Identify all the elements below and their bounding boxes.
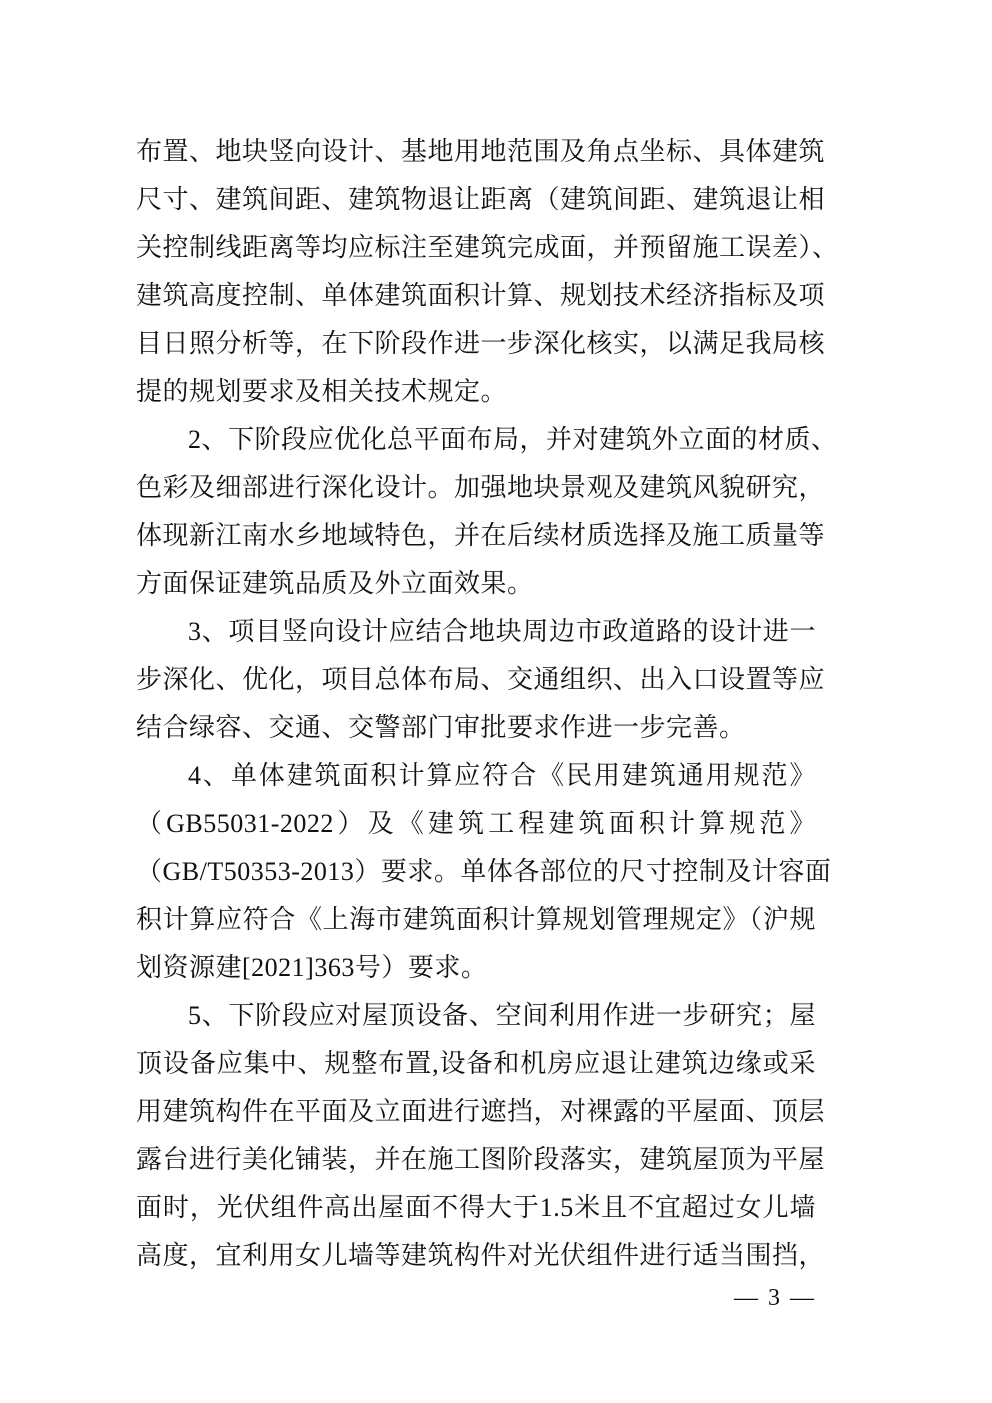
text-line: 划资源建[2021]363号）要求。 bbox=[136, 944, 816, 992]
document-body: 布置、地块竖向设计、基地用地范围及角点坐标、具体建筑 尺寸、建筑间距、建筑物退让… bbox=[136, 128, 816, 1280]
text-line: （GB55031-2022）及《建筑工程建筑面积计算规范》 bbox=[136, 800, 816, 848]
text-line: 2、下阶段应优化总平面布局，并对建筑外立面的材质、 bbox=[136, 416, 816, 464]
text-line: 体现新江南水乡地域特色，并在后续材质选择及施工质量等 bbox=[136, 512, 816, 560]
text-line: 步深化、优化，项目总体布局、交通组织、出入口设置等应 bbox=[136, 656, 816, 704]
text-line: 5、下阶段应对屋顶设备、空间利用作进一步研究；屋 bbox=[136, 992, 816, 1040]
text-line: 积计算应符合《上海市建筑面积计算规划管理规定》（沪规 bbox=[136, 896, 816, 944]
text-line: 提的规划要求及相关技术规定。 bbox=[136, 368, 816, 416]
text-line: 方面保证建筑品质及外立面效果。 bbox=[136, 560, 816, 608]
text-line: 布置、地块竖向设计、基地用地范围及角点坐标、具体建筑 bbox=[136, 128, 816, 176]
text-line: 4、单体建筑面积计算应符合《民用建筑通用规范》 bbox=[136, 752, 816, 800]
text-line: 高度，宜利用女儿墙等建筑构件对光伏组件进行适当围挡， bbox=[136, 1232, 816, 1280]
text-line: 用建筑构件在平面及立面进行遮挡，对裸露的平屋面、顶层 bbox=[136, 1088, 816, 1136]
text-line: 目日照分析等，在下阶段作进一步深化核实，以满足我局核 bbox=[136, 320, 816, 368]
text-line: 尺寸、建筑间距、建筑物退让距离（建筑间距、建筑退让相 bbox=[136, 176, 816, 224]
document-page: 布置、地块竖向设计、基地用地范围及角点坐标、具体建筑 尺寸、建筑间距、建筑物退让… bbox=[0, 0, 992, 1403]
text-line: 顶设备应集中、规整布置,设备和机房应退让建筑边缘或采 bbox=[136, 1040, 816, 1088]
text-line: 色彩及细部进行深化设计。加强地块景观及建筑风貌研究， bbox=[136, 464, 816, 512]
text-line: 结合绿容、交通、交警部门审批要求作进一步完善。 bbox=[136, 704, 816, 752]
text-line: （GB/T50353-2013）要求。单体各部位的尺寸控制及计容面 bbox=[136, 848, 816, 896]
text-line: 建筑高度控制、单体建筑面积计算、规划技术经济指标及项 bbox=[136, 272, 816, 320]
text-line: 面时，光伏组件高出屋面不得大于1.5米且不宜超过女儿墙 bbox=[136, 1184, 816, 1232]
text-line: 露台进行美化铺装，并在施工图阶段落实，建筑屋顶为平屋 bbox=[136, 1136, 816, 1184]
text-line: 关控制线距离等均应标注至建筑完成面，并预留施工误差）、 bbox=[136, 224, 816, 272]
text-line: 3、项目竖向设计应结合地块周边市政道路的设计进一 bbox=[136, 608, 816, 656]
page-number: — 3 — bbox=[136, 1282, 816, 1314]
